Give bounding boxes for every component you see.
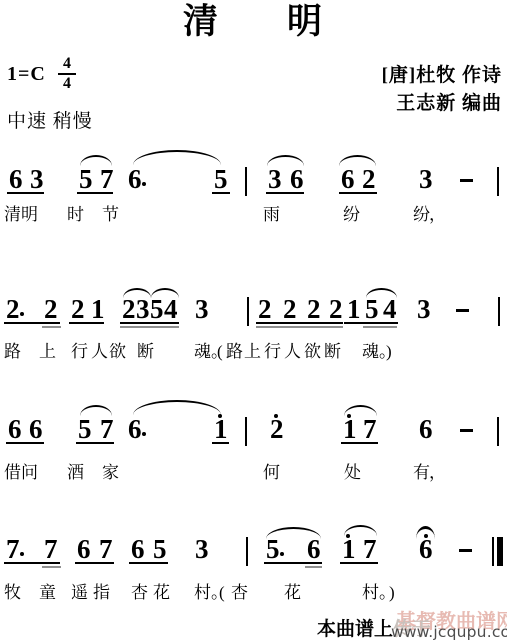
slur-arc [267,155,304,166]
note-digit: 5 [150,296,164,323]
note-digit: 6 [419,536,433,563]
barline [247,297,249,326]
lyric-text: 酒 [67,464,84,481]
score-sheet: 清 明 1=C 4 4 [唐]杜牧 作诗 王志新 编曲 中速 稍慢 635765… [0,0,507,644]
barline [497,417,499,446]
beam-underline [305,566,322,568]
lyric-text: 断 [137,343,154,360]
note-digit: 6 [8,416,22,443]
lyric-text: 问 [21,464,38,481]
note-digit: 3 [417,296,431,323]
note-digit: 6 [419,416,433,443]
time-signature: 4 4 [57,56,77,92]
lyric-text: 人 [91,343,108,360]
note-digit: 3 [195,296,209,323]
augmentation-dot [280,552,284,556]
lyric-text: 童 [39,584,56,601]
lyric-text: 何 [263,464,280,481]
composer-credit: 王志新 编曲 [396,94,502,113]
tempo-marking: 中速 稍慢 [7,112,93,131]
beam-underline [4,322,60,324]
note-digit: 2 [6,296,20,323]
note-digit: 2 [307,296,321,323]
lyric-text: 路 [4,343,21,360]
note-digit: 7 [44,536,58,563]
slur-arc [344,525,377,536]
lyric-text: ) [386,343,392,360]
note-digit: 5 [78,416,92,443]
lyric-text: 行 [264,343,281,360]
beam-underline [363,326,397,328]
lyric-text: 清 [4,206,21,223]
lyric-text: 上 [39,343,56,360]
lyric-text: 牧 [4,584,21,601]
lyric-text: ( [217,343,223,360]
note-digit: 3 [419,166,433,193]
poet-credit: [唐]杜牧 作诗 [382,66,502,85]
note-digit: 7 [99,536,113,563]
final-barline-thin [492,537,494,566]
slur-arc [344,405,377,416]
beam-underline [6,442,44,444]
note-digit: 5 [266,536,280,563]
watermark-url-text: www.jcqupu.com [391,623,507,642]
note-digit: 2 [270,416,284,443]
fermata-dot [424,534,428,538]
beam-underline [120,326,179,328]
slur-arc [366,288,397,298]
note-digit: 7 [100,416,114,443]
lyric-text: 花 [153,584,170,601]
lyric-text: 欲 [109,343,126,360]
note-digit: 6 [307,536,321,563]
note-digit: 4 [383,296,397,323]
lyric-text: 行 [71,343,88,360]
rest-dash [460,179,473,182]
augmentation-dot [20,552,24,556]
octave-dot [274,414,278,418]
beam-underline [77,192,113,194]
lyric-text: 明 [21,206,38,223]
slur-arc [133,150,221,165]
beam-underline [344,322,398,324]
beam-underline [212,442,229,444]
note-digit: 6 [9,166,23,193]
lyric-text: 欲 [304,343,321,360]
note-digit: 2 [122,296,136,323]
barline [497,167,499,196]
note-digit: 6 [290,166,304,193]
lyric-text: 借 [4,464,21,481]
note-digit: 5 [79,166,93,193]
note-digit: 2 [258,296,272,323]
time-signature-denominator: 4 [57,76,77,92]
note-digit: 6 [29,416,43,443]
slur-arc [151,288,179,298]
slur-arc [133,400,221,415]
lyric-text: 雨 [263,206,280,223]
beam-underline [42,326,61,328]
augmentation-dot [142,182,146,186]
note-digit: 5 [214,166,228,193]
lyric-text: 花 [284,584,301,601]
time-signature-numerator: 4 [57,56,77,72]
barline [245,417,247,446]
lyric-text: 纷 [413,206,430,223]
slur-arc [339,155,376,166]
lyric-text: 有 [413,464,430,481]
rest-dash [460,429,473,432]
beam-underline [256,326,343,328]
note-digit: 1 [214,416,228,443]
note-digit: 1 [343,416,357,443]
slur-arc [80,155,112,166]
lyric-text: 时 [67,206,84,223]
note-digit: 2 [71,296,85,323]
slur-arc [266,527,321,539]
note-digit: 6 [131,536,145,563]
beam-underline [129,562,168,564]
note-digit: 1 [342,536,356,563]
lyric-text: 杏 [231,584,248,601]
rest-dash [459,549,472,552]
note-digit: 6 [77,536,91,563]
lyric-text: 断 [324,343,341,360]
lyric-text: 处 [344,464,361,481]
barline [246,537,248,566]
augmentation-dot [142,432,146,436]
lyric-text: ， [429,206,446,223]
lyric-text: ( [219,584,225,601]
beam-underline [266,192,304,194]
note-digit: 3 [195,536,209,563]
note-digit: 6 [341,166,355,193]
note-digit: 7 [100,166,114,193]
note-digit: 5 [153,536,167,563]
note-digit: 7 [363,536,377,563]
note-digit: 2 [283,296,297,323]
beam-underline [340,562,378,564]
lyric-text: 杏 [131,584,148,601]
beam-underline [120,322,179,324]
rest-dash [456,309,469,312]
note-digit: 2 [329,296,343,323]
watermark-prefix-text: 本曲谱上 [317,620,393,639]
beam-underline [256,322,343,324]
note-digit: 5 [365,296,379,323]
lyric-text: ) [389,584,395,601]
lyric-text: ， [429,464,446,481]
key-signature: 1=C [7,64,46,84]
lyric-text: 节 [102,206,119,223]
page-title-char-2: 明 [287,4,322,39]
beam-underline [341,442,378,444]
augmentation-dot [20,312,24,316]
beam-underline [76,442,114,444]
beam-underline [69,322,104,324]
beam-underline [75,562,114,564]
lyric-text: 家 [102,464,119,481]
beam-underline [4,562,60,564]
note-digit: 4 [164,296,178,323]
lyric-text: 遥 [71,584,88,601]
barline [245,167,247,196]
barline [498,297,500,326]
note-digit: 3 [136,296,150,323]
beam-underline [264,562,322,564]
note-digit: 2 [362,166,376,193]
note-digit: 1 [91,296,105,323]
lyric-text: 纷 [343,206,360,223]
final-barline-thick [497,537,503,566]
note-digit: 1 [347,296,361,323]
page-title-char-1: 清 [183,4,218,39]
slur-arc [123,288,151,298]
beam-underline [212,192,230,194]
beam-underline [339,192,377,194]
note-digit: 6 [128,166,142,193]
lyric-text: 上 [244,343,261,360]
note-digit: 6 [128,416,142,443]
beam-underline [7,192,44,194]
note-digit: 3 [268,166,282,193]
note-digit: 7 [363,416,377,443]
lyric-text: 人 [284,343,301,360]
lyric-text: 指 [93,584,110,601]
note-digit: 3 [30,166,44,193]
lyric-text: 路 [226,343,243,360]
slur-arc [80,405,112,416]
note-digit: 2 [44,296,58,323]
beam-underline [42,566,61,568]
note-digit: 7 [6,536,20,563]
